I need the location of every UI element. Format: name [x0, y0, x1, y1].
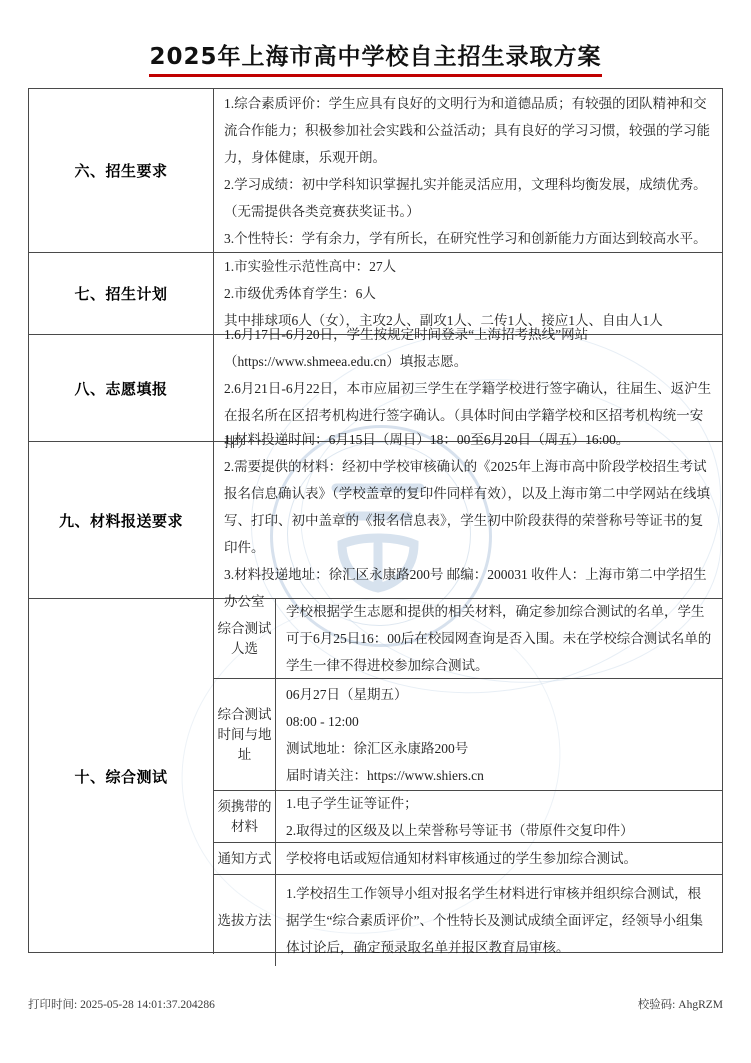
page-title: 2025年上海市高中学校自主招生录取方案: [149, 38, 601, 77]
paragraph: 1.市实验性示范性高中：27人: [224, 253, 714, 280]
document-page: 2025年上海市高中学校自主招生录取方案 六、招生要求 1.综合素质评价：学生应…: [0, 0, 751, 1063]
paragraph: 2.市级优秀体育学生：6人: [224, 280, 714, 307]
table-subrow: 综合测试时间与地址 06月27日（星期五） 08:00 - 12:00 测试地址…: [214, 679, 722, 791]
checksum: 校验码: AhgRZM: [638, 996, 723, 1012]
paragraph: （https://www.shmeea.edu.cn）填报志愿。: [224, 348, 714, 375]
paragraph: 3.个性特长：学有余力，学有所长，在研究性学习和创新能力方面达到较高水平。: [224, 225, 714, 252]
checksum-value: AhgRZM: [678, 999, 723, 1011]
table-row: 九、材料报送要求 1.材料投递时间：6月15日（周日）18：00至6月20日（周…: [29, 442, 722, 599]
checksum-label: 校验码:: [638, 999, 676, 1011]
subrow-content: 1.学校招生工作领导小组对报名学生材料进行审核并组织综合测试，根据学生“综合素质…: [276, 875, 722, 966]
table-row: 六、招生要求 1.综合素质评价：学生应具有良好的文明行为和道德品质；有较强的团队…: [29, 89, 722, 253]
paragraph: 2.取得过的区级及以上荣誉称号等证书（带原件交复印件）: [286, 817, 714, 844]
row-header: 十、综合测试: [29, 599, 214, 954]
paragraph: 届时请关注：https://www.shiers.cn: [286, 762, 714, 789]
row-header: 七、招生计划: [29, 253, 214, 334]
row-content: 1.综合素质评价：学生应具有良好的文明行为和道德品质；有较强的团队精神和交流合作…: [214, 89, 722, 252]
paragraph: 2.学习成绩：初中学科知识掌握扎实并能灵活应用，文理科均衡发展，成绩优秀。（无需…: [224, 171, 714, 225]
table-subrow: 通知方式 学校将电话或短信通知材料审核通过的学生参加综合测试。: [214, 843, 722, 875]
print-time: 打印时间: 2025-05-28 14:01:37.204286: [28, 996, 215, 1012]
paragraph: 学校根据学生志愿和提供的相关材料，确定参加综合测试的名单，学生可于6月25日16…: [286, 598, 714, 679]
subrow-content: 1.电子学生证等证件； 2.取得过的区级及以上荣誉称号等证书（带原件交复印件）: [276, 791, 722, 842]
table-row: 十、综合测试 综合测试人选 学校根据学生志愿和提供的相关材料，确定参加综合测试的…: [29, 599, 722, 954]
subrow-label: 选拔方法: [214, 875, 276, 966]
print-time-label: 打印时间:: [28, 999, 77, 1011]
table-subrow: 选拔方法 1.学校招生工作领导小组对报名学生材料进行审核并组织综合测试，根据学生…: [214, 875, 722, 966]
subrow-content: 06月27日（星期五） 08:00 - 12:00 测试地址：徐汇区永康路200…: [276, 679, 722, 790]
paragraph: 1.学校招生工作领导小组对报名学生材料进行审核并组织综合测试，根据学生“综合素质…: [286, 880, 714, 961]
paragraph: 1.电子学生证等证件；: [286, 790, 714, 817]
table-subrow: 须携带的材料 1.电子学生证等证件； 2.取得过的区级及以上荣誉称号等证书（带原…: [214, 791, 722, 843]
subrow-content: 学校将电话或短信通知材料审核通过的学生参加综合测试。: [276, 843, 722, 874]
title-block: 2025年上海市高中学校自主招生录取方案: [0, 38, 751, 77]
admission-plan-table: 六、招生要求 1.综合素质评价：学生应具有良好的文明行为和道德品质；有较强的团队…: [28, 88, 723, 953]
paragraph: 2.需要提供的材料：经初中学校审核确认的《2025年上海市高中阶段学校招生考试报…: [224, 453, 714, 561]
table-subrow: 综合测试人选 学校根据学生志愿和提供的相关材料，确定参加综合测试的名单，学生可于…: [214, 599, 722, 679]
paragraph: 08:00 - 12:00: [286, 708, 714, 735]
row-header: 六、招生要求: [29, 89, 214, 252]
print-time-value: 2025-05-28 14:01:37.204286: [80, 999, 215, 1011]
subrow-label: 综合测试人选: [214, 599, 276, 678]
subrow-label: 综合测试时间与地址: [214, 679, 276, 790]
paragraph: 测试地址：徐汇区永康路200号: [286, 735, 714, 762]
paragraph: 学校将电话或短信通知材料审核通过的学生参加综合测试。: [286, 845, 714, 872]
subrow-group: 综合测试人选 学校根据学生志愿和提供的相关材料，确定参加综合测试的名单，学生可于…: [214, 599, 722, 954]
row-header: 九、材料报送要求: [29, 442, 214, 598]
row-content: 1.材料投递时间：6月15日（周日）18：00至6月20日（周五）16:00。 …: [214, 442, 722, 598]
page-footer: 打印时间: 2025-05-28 14:01:37.204286 校验码: Ah…: [28, 996, 723, 1012]
subrow-label: 须携带的材料: [214, 791, 276, 842]
paragraph: 1.材料投递时间：6月15日（周日）18：00至6月20日（周五）16:00。: [224, 426, 714, 453]
subrow-label: 通知方式: [214, 843, 276, 874]
paragraph: 1.综合素质评价：学生应具有良好的文明行为和道德品质；有较强的团队精神和交流合作…: [224, 90, 714, 171]
subrow-content: 学校根据学生志愿和提供的相关材料，确定参加综合测试的名单，学生可于6月25日16…: [276, 599, 722, 678]
paragraph: 1.6月17日-6月20日，学生按规定时间登录“上海招考热线”网站: [224, 321, 714, 348]
row-header: 八、志愿填报: [29, 335, 214, 441]
paragraph: 06月27日（星期五）: [286, 681, 714, 708]
